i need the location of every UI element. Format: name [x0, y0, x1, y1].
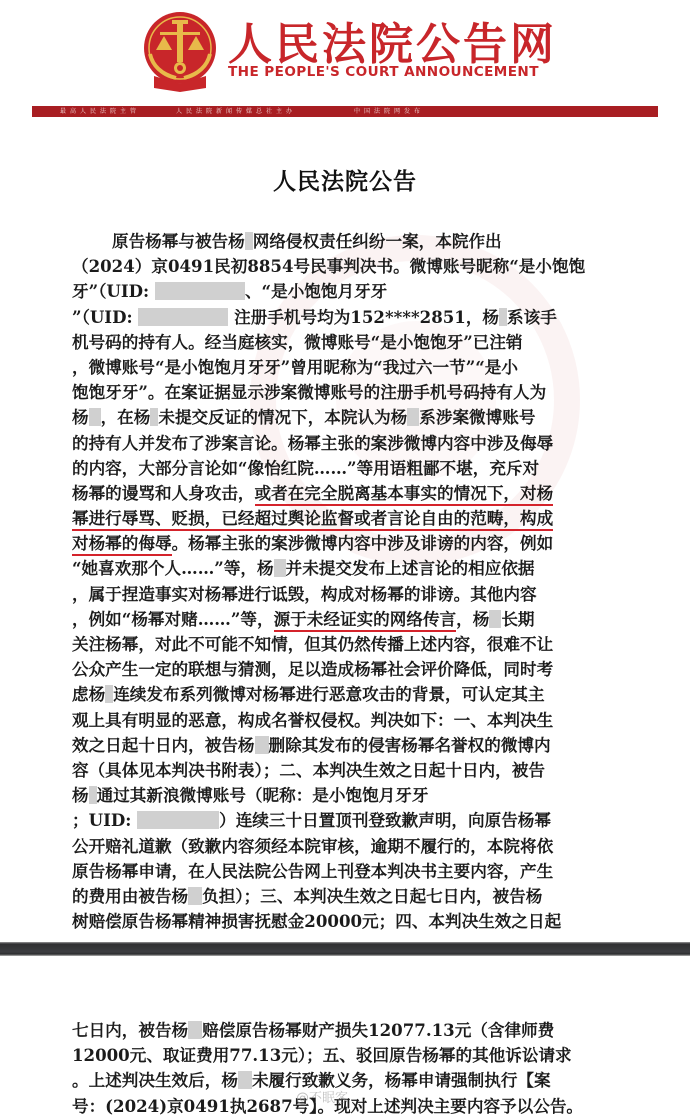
redaction-box — [105, 685, 113, 703]
text-segment: 12000元、取证费用77.13元）；五、驳回原告杨幂的其他诉讼请求 — [72, 1045, 572, 1065]
text-segment: 原告杨幂与被告杨 — [112, 231, 245, 251]
redaction-box — [89, 786, 97, 804]
text-line: 杨通过其新浪微博账号（昵称：是小饱饱月牙牙 — [72, 783, 624, 808]
text-segment: 关注杨幂，对此不可能不知情，但其仍然传播上述内容，很难不让 — [72, 634, 553, 654]
redaction-box — [245, 232, 253, 250]
text-segment: 未提交反证的情况下，本院认为杨 — [158, 407, 407, 427]
text-line: ”（UID: 注册手机号均为152****2851，杨系该手 — [72, 305, 624, 330]
text-line: 公开赔礼道歉（致歉内容须经本院审核，逾期不履行的，本院将依 — [72, 834, 624, 859]
text-segment: ”（UID: — [72, 307, 138, 327]
text-segment: ，在杨 — [101, 407, 151, 427]
text-segment: 效之日起十日内，被告杨 — [72, 735, 255, 755]
text-segment: 杨幂的谩骂和人身攻击， — [72, 483, 255, 503]
page-separator — [0, 942, 690, 956]
text-line: 原告杨幂与被告杨网络侵权责任纠纷一案，本院作出 — [72, 229, 624, 254]
text-segment: 赔偿原告杨幂财产损失12077.13元（含律师费 — [202, 1020, 554, 1040]
text-segment: 七日内，被告杨 — [72, 1020, 188, 1040]
text-segment: 机号码的持有人。经当庭核实，微博账号“是小饱饱牙”已注销 — [72, 332, 523, 352]
underlined-text: 或者在完全脱离基本事实的情况下，对杨 — [255, 483, 554, 506]
text-line: 树赔偿原告杨幂精神损害抚慰金20000元；四、本判决生效之日起 — [72, 909, 624, 934]
site-header: 人民法院公告网 THE PEOPLE'S COURT ANNOUNCEMENT … — [0, 0, 690, 125]
underlined-text: 源于未经证实的网络传言 — [274, 609, 457, 632]
text-segment: 删除其发布的侵害杨幂名誉权的微博内 — [269, 735, 551, 755]
text-segment: 饱饱牙牙”。在案证据显示涉案微博账号的注册手机号码持有人为 — [72, 382, 546, 402]
text-segment: 、“是小饱饱月牙牙 — [245, 281, 387, 301]
text-segment: 网络侵权责任纠纷一案，本院作出 — [253, 231, 502, 251]
text-segment: 虑杨 — [72, 684, 105, 704]
court-emblem-icon — [140, 10, 220, 92]
weibo-watermark: @不眠客 — [296, 1087, 348, 1106]
text-line: 容（具体见本判决书附表）；二、本判决生效之日起十日内，被告 — [72, 758, 624, 783]
text-segment: 。上述判决生效后，杨 — [72, 1070, 238, 1090]
text-line: 机号码的持有人。经当庭核实，微博账号“是小饱饱牙”已注销 — [72, 330, 624, 355]
redaction-box — [255, 736, 269, 754]
document-title: 人民法院公告 — [0, 163, 690, 196]
text-line: （2024）京0491民初8854号民事判决书。微博账号昵称“是小饱饱 — [72, 254, 624, 279]
redaction-box — [274, 559, 286, 577]
text-segment: 系涉案微博账号 — [419, 407, 535, 427]
text-line: ，属于捏造事实对杨幂进行诋毁，构成对杨幂的诽谤。其他内容 — [72, 582, 624, 607]
text-segment: 牙”（UID: — [72, 281, 155, 301]
text-segment: 原告杨幂申请，在人民法院公告网上刊登本判决书主要内容，产生 — [72, 861, 553, 881]
redaction-box — [188, 887, 202, 905]
text-line: 饱饱牙牙”。在案证据显示涉案微博账号的注册手机号码持有人为 — [72, 380, 624, 405]
text-segment: ，杨 — [456, 609, 489, 629]
text-segment: 容（具体见本判决书附表）；二、本判决生效之日起十日内，被告 — [72, 760, 545, 780]
redaction-box — [489, 610, 501, 628]
redaction-box — [407, 408, 419, 426]
text-line: 杨，在杨未提交反证的情况下，本院认为杨系涉案微博账号 — [72, 405, 624, 430]
text-line: 杨幂的谩骂和人身攻击，或者在完全脱离基本事实的情况下，对杨 — [72, 481, 624, 506]
text-segment: ）连续三十日置顶刊登致歉声明，向原告杨幂 — [219, 810, 551, 830]
text-line: 七日内，被告杨赔偿原告杨幂财产损失12077.13元（含律师费 — [72, 1018, 624, 1043]
text-segment: “她喜欢那个人……”等，杨 — [72, 558, 274, 578]
redaction-box — [155, 282, 245, 300]
strip-organizer: 人民法院新闻传媒总社主办 — [176, 106, 296, 117]
text-segment: 长期 — [501, 609, 534, 629]
site-title: 人民法院公告网 — [228, 8, 557, 72]
text-segment: 杨 — [72, 785, 89, 805]
text-segment: 公众产生一定的联想与猜测，足以造成杨幂社会评价降低，同时考 — [72, 659, 553, 679]
text-line: 的持有人并发布了涉案言论。杨幂主张的案涉微博内容中涉及侮辱 — [72, 431, 624, 456]
text-line: 效之日起十日内，被告杨删除其发布的侵害杨幂名誉权的微博内 — [72, 733, 624, 758]
redaction-box — [138, 308, 228, 326]
text-line: 原告杨幂申请，在人民法院公告网上刊登本判决书主要内容，产生 — [72, 859, 624, 884]
text-line: 关注杨幂，对此不可能不知情，但其仍然传播上述内容，很难不让 — [72, 632, 624, 657]
text-segment: 公开赔礼道歉（致歉内容须经本院审核，逾期不履行的，本院将依 — [72, 836, 553, 856]
text-line: ；UID: ）连续三十日置顶刊登致歉声明，向原告杨幂 — [72, 808, 624, 833]
redaction-box — [137, 811, 219, 829]
text-segment: 通过其新浪微博账号（昵称：是小饱饱月牙牙 — [97, 785, 429, 805]
text-line: 的费用由被告杨负担）；三、本判决生效之日起七日内，被告杨 — [72, 884, 624, 909]
text-segment: ；UID: — [72, 810, 137, 830]
text-line: “她喜欢那个人……”等，杨并未提交发布上述言论的相应依据 — [72, 556, 624, 581]
text-segment: 。杨幂主张的案涉微博内容中涉及诽谤的内容，例如 — [172, 533, 554, 553]
text-line: 牙”（UID: 、“是小饱饱月牙牙 — [72, 279, 624, 304]
document-body: 原告杨幂与被告杨网络侵权责任纠纷一案，本院作出（2024）京0491民初8854… — [72, 229, 624, 934]
text-segment: ，属于捏造事实对杨幂进行诋毁，构成对杨幂的诽谤。其他内容 — [72, 584, 537, 604]
sponsor-strip: 最高人民法院主管 人民法院新闻传媒总社主办 中国法院网发布 — [32, 106, 658, 117]
redaction-box — [238, 1071, 252, 1089]
text-line: ，微博账号“是小饱饱月牙牙”曾用昵称为“我过六一节”“是小 — [72, 355, 624, 380]
strip-publisher: 中国法院网发布 — [354, 106, 424, 117]
redaction-box — [89, 408, 101, 426]
text-segment: 并未提交发布上述言论的相应依据 — [286, 558, 535, 578]
text-segment: ，例如“杨幂对赌……”等， — [72, 609, 274, 629]
text-segment: 负担）；三、本判决生效之日起七日内，被告杨 — [202, 886, 542, 906]
document-page-2: 七日内，被告杨赔偿原告杨幂财产损失12077.13元（含律师费12000元、取证… — [0, 956, 690, 1118]
text-segment: ，微博账号“是小饱饱月牙牙”曾用昵称为“我过六一节”“是小 — [72, 357, 518, 377]
text-line: 公众产生一定的联想与猜测，足以造成杨幂社会评价降低，同时考 — [72, 657, 624, 682]
text-segment: 系该手 — [507, 307, 557, 327]
strip-supervisor: 最高人民法院主管 — [60, 106, 140, 117]
site-subtitle: THE PEOPLE'S COURT ANNOUNCEMENT — [228, 64, 539, 80]
text-segment: 的费用由被告杨 — [72, 886, 188, 906]
text-line: 的内容，大部分言论如“像怡红院……”等用语粗鄙不堪，充斥对 — [72, 456, 624, 481]
text-line: 虑杨连续发布系列微博对杨幂进行恶意攻击的背景，可认定其主 — [72, 682, 624, 707]
text-line: ，例如“杨幂对赌……”等，源于未经证实的网络传言，杨长期 — [72, 607, 624, 632]
text-segment: （2024）京0491民初8854号民事判决书。微博账号昵称“是小饱饱 — [72, 256, 585, 276]
text-line: 观上具有明显的恶意，构成名誉权侵权。判决如下：一、本判决生 — [72, 708, 624, 733]
text-segment: 树赔偿原告杨幂精神损害抚慰金20000元；四、本判决生效之日起 — [72, 911, 561, 931]
text-segment: 的内容，大部分言论如“像怡红院……”等用语粗鄙不堪，充斥对 — [72, 458, 539, 478]
text-line: 幂进行辱骂、贬损，已经超过舆论监督或者言论自由的范畴，构成 — [72, 506, 624, 531]
redaction-box — [188, 1021, 202, 1039]
text-line: 12000元、取证费用77.13元）；五、驳回原告杨幂的其他诉讼请求 — [72, 1043, 624, 1068]
text-segment: 观上具有明显的恶意，构成名誉权侵权。判决如下：一、本判决生 — [72, 710, 553, 730]
text-segment: 注册手机号均为152****2851，杨 — [228, 307, 499, 327]
text-line: 对杨幂的侮辱。杨幂主张的案涉微博内容中涉及诽谤的内容，例如 — [72, 531, 624, 556]
underlined-text: 幂进行辱骂、贬损，已经超过舆论监督或者言论自由的范畴，构成 — [72, 508, 553, 531]
underlined-text: 对杨幂的侮辱 — [72, 533, 172, 556]
text-segment: 杨 — [72, 407, 89, 427]
redaction-box — [499, 308, 507, 326]
text-segment: 连续发布系列微博对杨幂进行恶意攻击的背景，可认定其主 — [113, 684, 544, 704]
text-segment: 的持有人并发布了涉案言论。杨幂主张的案涉微博内容中涉及侮辱 — [72, 433, 553, 453]
